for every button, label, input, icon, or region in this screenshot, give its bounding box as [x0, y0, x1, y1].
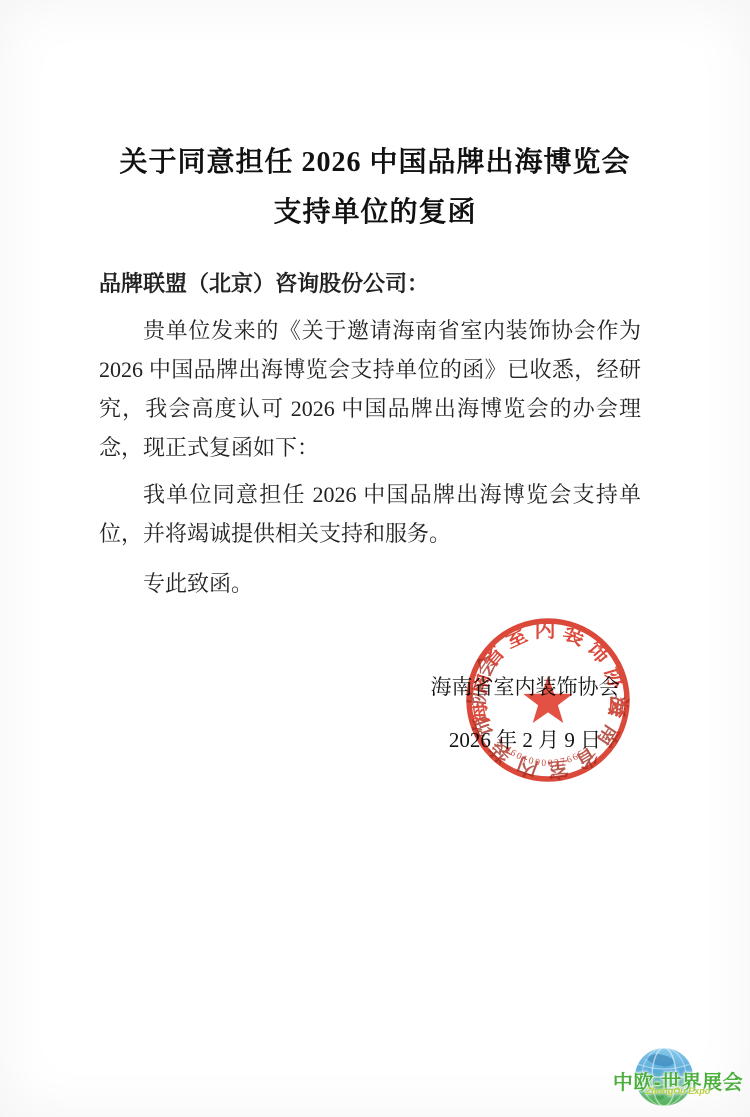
letter-salutation: 品牌联盟（北京）咨询股份公司：	[99, 264, 641, 303]
letter-paragraph-2: 我单位同意担任 2026 中国品牌出海博览会支持单位，并将竭诚提供相关支持和服务…	[99, 475, 641, 553]
letter-body: 品牌联盟（北京）咨询股份公司： 贵单位发来的《关于邀请海南省室内装饰协会作为 2…	[99, 264, 641, 603]
expo-logo: 中欧-世界展会 ZhongOu Expo	[608, 1044, 748, 1117]
letter-title-line2: 支持单位的复函	[55, 188, 695, 238]
expo-logo-subtext: ZhongOu Expo	[608, 1086, 748, 1096]
letter-closing: 专此致函。	[99, 564, 641, 603]
official-letter-page: 关于同意担任 2026 中国品牌出海博览会 支持单位的复函 品牌联盟（北京）咨询…	[0, 0, 750, 1117]
letter-paragraph-1: 贵单位发来的《关于邀请海南省室内装饰协会作为 2026 中国品牌出海博览会支持单…	[99, 311, 641, 467]
seal-star-icon	[523, 676, 572, 723]
letter-title: 关于同意担任 2026 中国品牌出海博览会 支持单位的复函	[55, 138, 695, 238]
letter-title-line1: 关于同意担任 2026 中国品牌出海博览会	[55, 138, 695, 188]
official-seal-stamp-icon: 海南省室内装饰协会 海南省室内装饰协会 46010000276655	[463, 615, 633, 785]
